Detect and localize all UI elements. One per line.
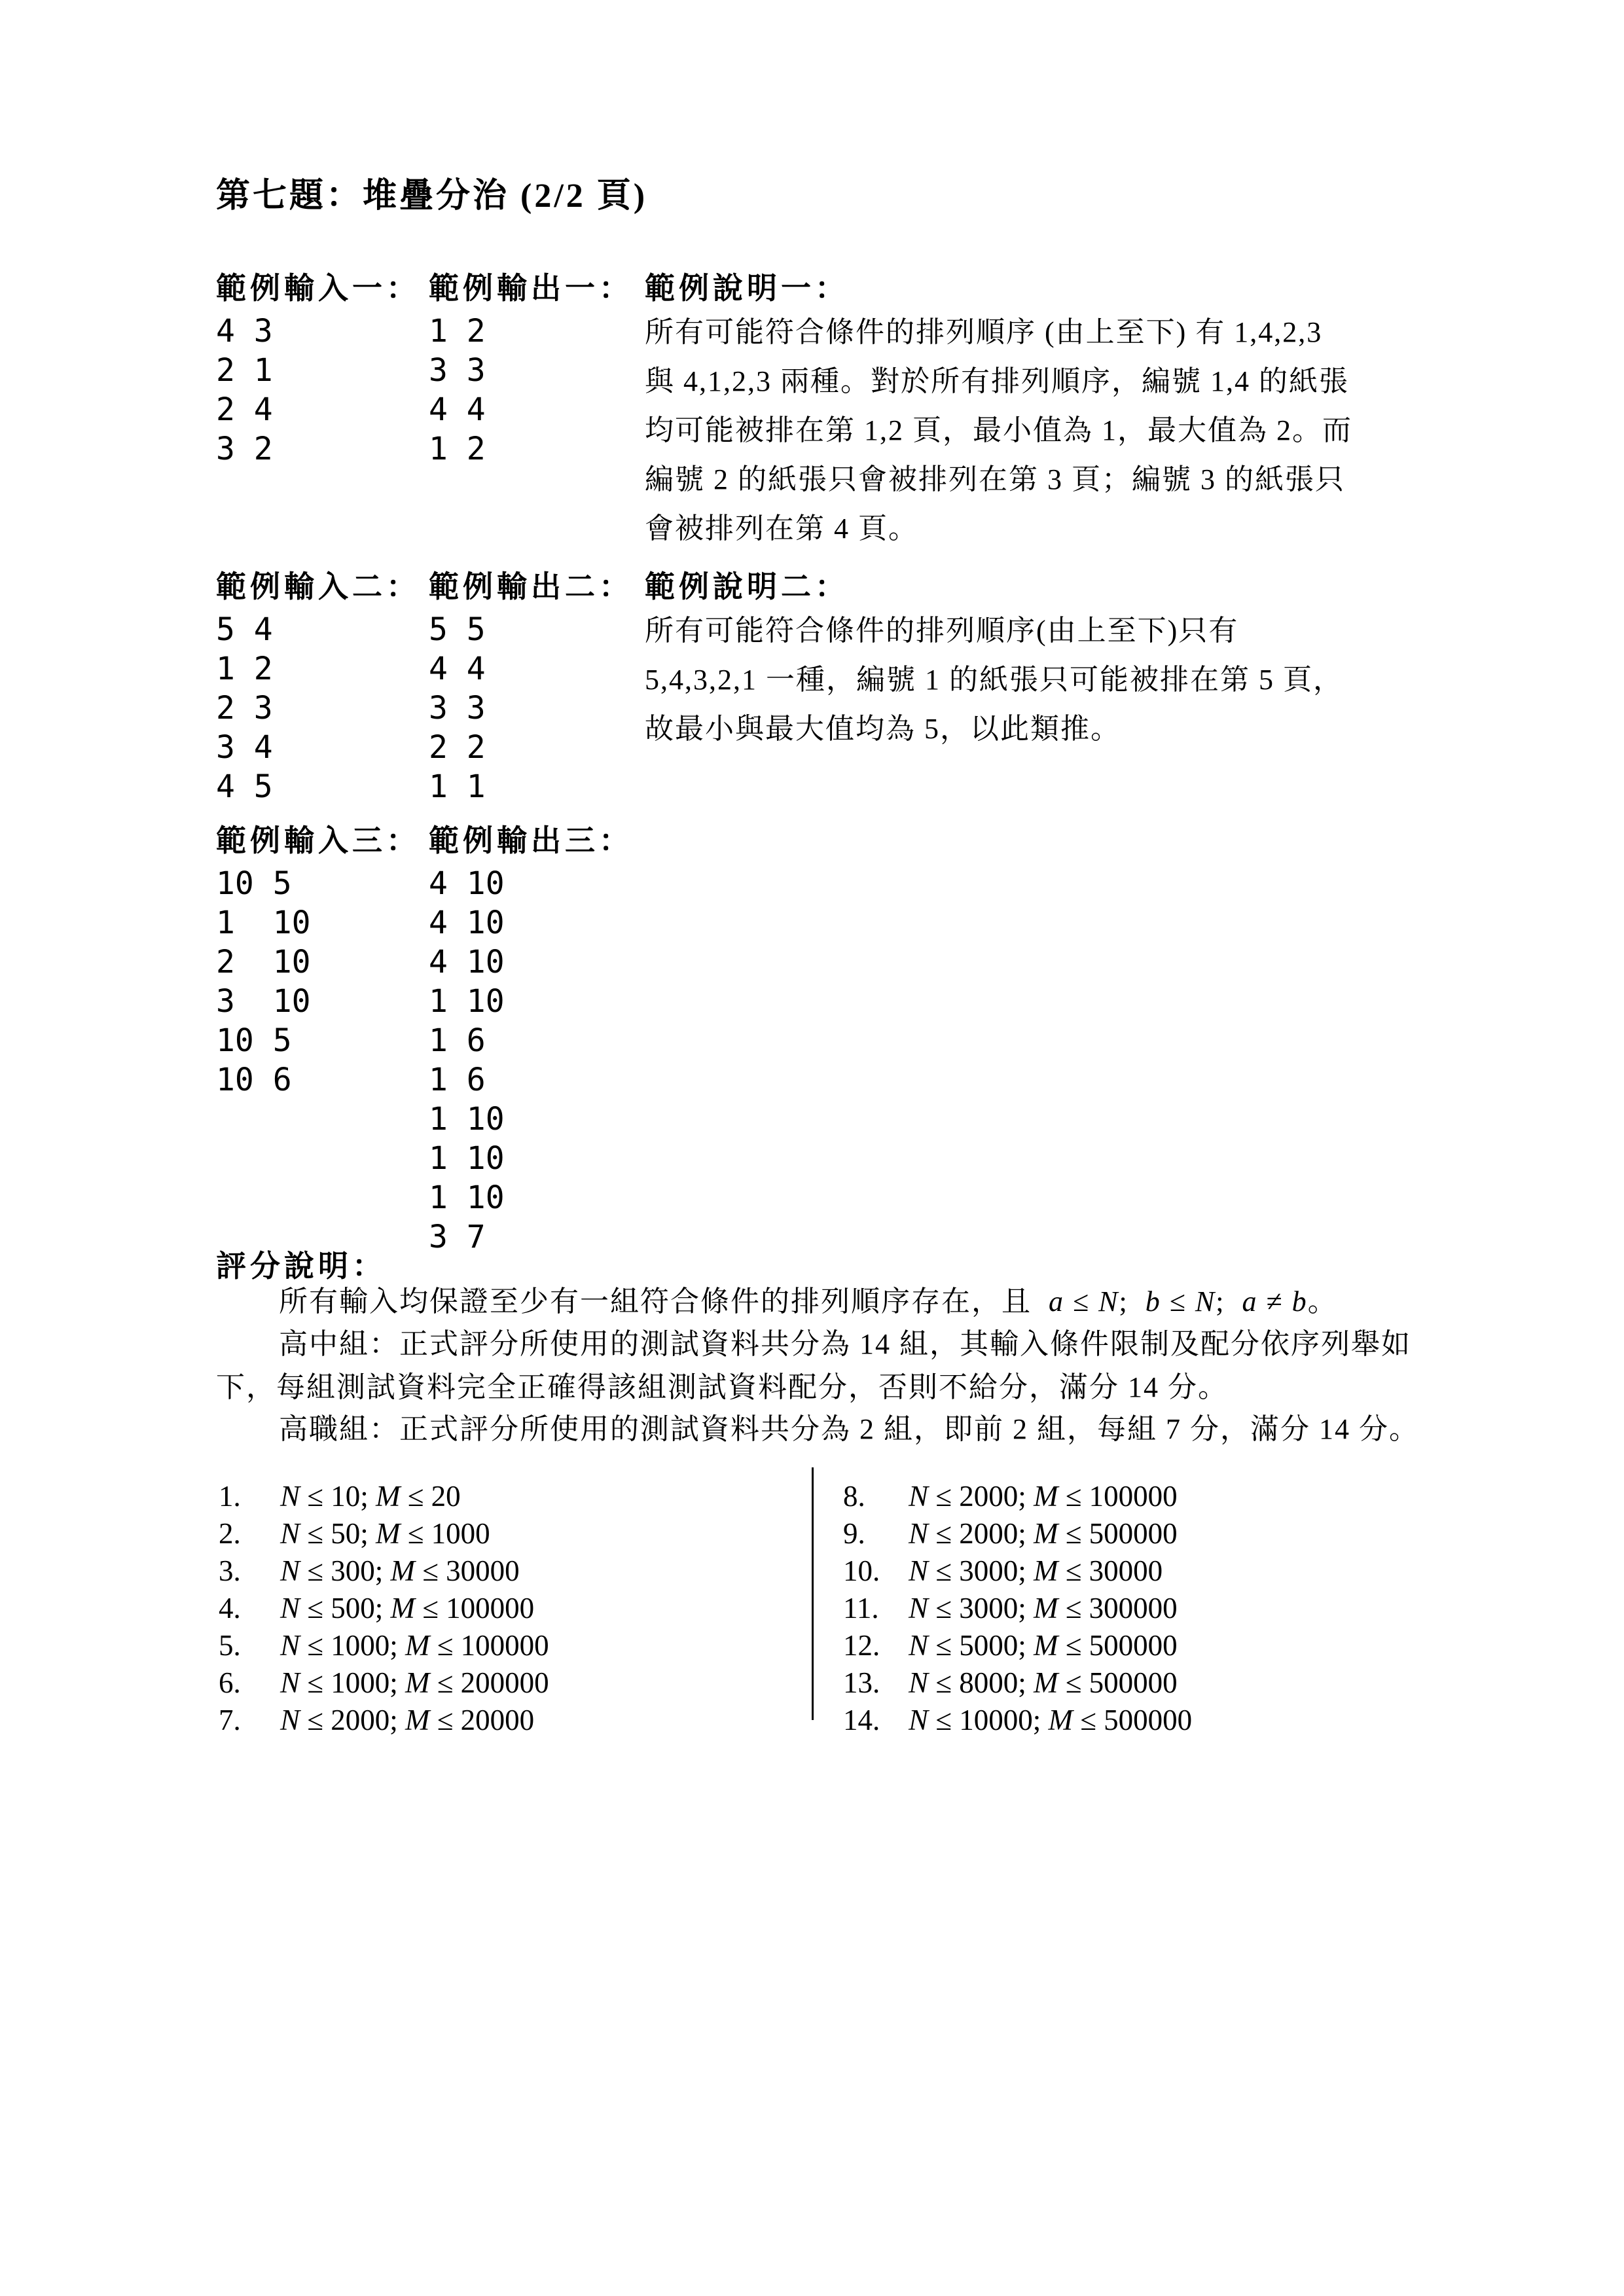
sample2-input-label: 範例輸入二： (216, 568, 420, 606)
scoring-note-text: 所有輸入均保證至少有一組符合條件的排列順序存在，且 (279, 1285, 1049, 1318)
constraint-text: N ≤ 1000; M ≤ 100000 (280, 1627, 549, 1664)
constraint-text: N ≤ 2000; M ≤ 20000 (280, 1702, 534, 1739)
constraint-item: 5. N ≤ 1000; M ≤ 100000 (219, 1627, 549, 1664)
constraint-number: 7. (219, 1702, 280, 1739)
constraint-number: 14. (843, 1702, 909, 1739)
column-divider-line (812, 1467, 814, 1720)
scoring-vocational-paragraph: 高職組：正式評分所使用的測試資料共分為 2 組，即前 2 組，每組 7 分，滿分… (216, 1408, 1419, 1451)
constraint-item: 7. N ≤ 2000; M ≤ 20000 (219, 1702, 549, 1739)
constraint-number: 11. (843, 1590, 909, 1627)
sample1-explanation-column: 範例說明一： 所有可能符合條件的排列順序 (由上至下) 有 1,4,2,3 與 … (645, 270, 1437, 553)
constraint-item: 11. N ≤ 3000; M ≤ 300000 (843, 1590, 1192, 1627)
constraint-item: 9. N ≤ 2000; M ≤ 500000 (843, 1515, 1192, 1552)
sample3-input-label: 範例輸入三： (216, 822, 420, 860)
constraint-text: N ≤ 8000; M ≤ 500000 (909, 1664, 1178, 1702)
constraint-text: N ≤ 2000; M ≤ 500000 (909, 1515, 1178, 1552)
sample2-explanation-text: 所有可能符合條件的排列順序(由上至下)只有 5,4,3,2,1 一種，編號 1 … (645, 606, 1437, 753)
sample1-explanation-label: 範例說明一： (645, 270, 1437, 308)
page-title: 第七題：堆疊分治 (2/2 頁) (216, 168, 647, 217)
constraint-number: 3. (219, 1552, 280, 1590)
constraint-text: N ≤ 500; M ≤ 100000 (280, 1590, 534, 1627)
sample2-input-data: 5 4 1 2 2 3 3 4 4 5 (216, 610, 420, 806)
constraints-list-left: 1. N ≤ 10; M ≤ 20 2. N ≤ 50; M ≤ 1000 3.… (219, 1478, 549, 1739)
constraint-item: 3. N ≤ 300; M ≤ 30000 (219, 1552, 549, 1590)
constraint-number: 6. (219, 1664, 280, 1702)
constraint-text: N ≤ 2000; M ≤ 100000 (909, 1478, 1178, 1515)
sample3-input-data: 10 5 1 10 2 10 3 10 10 5 10 6 (216, 864, 420, 1100)
sample1-output-label: 範例輸出一： (429, 270, 633, 308)
constraint-text: N ≤ 1000; M ≤ 200000 (280, 1664, 549, 1702)
constraint-number: 13. (843, 1664, 909, 1702)
constraint-item: 14. N ≤ 10000; M ≤ 500000 (843, 1702, 1192, 1739)
sample1-input-column: 範例輸入一： 4 3 2 1 2 4 3 2 (216, 270, 420, 469)
sample3-input-column: 範例輸入三： 10 5 1 10 2 10 3 10 10 5 10 6 (216, 822, 420, 1100)
sample3-output-label: 範例輸出三： (429, 822, 633, 860)
constraints-list-right: 8. N ≤ 2000; M ≤ 100000 9. N ≤ 2000; M ≤… (843, 1478, 1192, 1739)
constraint-number: 8. (843, 1478, 909, 1515)
constraint-number: 4. (219, 1590, 280, 1627)
constraint-text: N ≤ 50; M ≤ 1000 (280, 1515, 490, 1552)
constraint-item: 13. N ≤ 8000; M ≤ 500000 (843, 1664, 1192, 1702)
constraint-item: 4. N ≤ 500; M ≤ 100000 (219, 1590, 549, 1627)
constraint-number: 1. (219, 1478, 280, 1515)
constraint-text: N ≤ 3000; M ≤ 30000 (909, 1552, 1163, 1590)
sample1-output-column: 範例輸出一： 1 2 3 3 4 4 1 2 (429, 270, 633, 469)
constraint-number: 2. (219, 1515, 280, 1552)
constraint-text: N ≤ 3000; M ≤ 300000 (909, 1590, 1178, 1627)
sample2-output-column: 範例輸出二： 5 5 4 4 3 3 2 2 1 1 (429, 568, 633, 806)
sample3-output-data: 4 10 4 10 4 10 1 10 1 6 1 6 1 10 1 10 1 … (429, 864, 633, 1257)
sample1-explanation-text: 所有可能符合條件的排列順序 (由上至下) 有 1,4,2,3 與 4,1,2,3… (645, 308, 1437, 553)
constraint-text: N ≤ 10000; M ≤ 500000 (909, 1702, 1192, 1739)
scoring-note-math: a ≤ N; b ≤ N; a ≠ b (1049, 1285, 1308, 1318)
constraint-number: 9. (843, 1515, 909, 1552)
scoring-heading: 評分說明： (216, 1242, 386, 1285)
constraint-item: 10. N ≤ 3000; M ≤ 30000 (843, 1552, 1192, 1590)
sample3-output-column: 範例輸出三： 4 10 4 10 4 10 1 10 1 6 1 6 1 10 … (429, 822, 633, 1257)
document-page: 第七題：堆疊分治 (2/2 頁) 範例輸入一： 4 3 2 1 2 4 3 2 … (0, 0, 1624, 2296)
constraint-text: N ≤ 10; M ≤ 20 (280, 1478, 461, 1515)
scoring-note-end: 。 (1308, 1285, 1338, 1318)
constraint-text: N ≤ 5000; M ≤ 500000 (909, 1627, 1178, 1664)
sample2-explanation-label: 範例說明二： (645, 568, 1437, 606)
constraint-item: 6. N ≤ 1000; M ≤ 200000 (219, 1664, 549, 1702)
scoring-note: 所有輸入均保證至少有一組符合條件的排列順序存在，且 a ≤ N; b ≤ N; … (216, 1280, 1338, 1323)
constraint-item: 12. N ≤ 5000; M ≤ 500000 (843, 1627, 1192, 1664)
sample2-output-label: 範例輸出二： (429, 568, 633, 606)
constraint-item: 8. N ≤ 2000; M ≤ 100000 (843, 1478, 1192, 1515)
constraint-item: 1. N ≤ 10; M ≤ 20 (219, 1478, 549, 1515)
constraint-text: N ≤ 300; M ≤ 30000 (280, 1552, 520, 1590)
sample1-input-label: 範例輸入一： (216, 270, 420, 308)
sample1-input-data: 4 3 2 1 2 4 3 2 (216, 312, 420, 469)
sample2-explanation-column: 範例說明二： 所有可能符合條件的排列順序(由上至下)只有 5,4,3,2,1 一… (645, 568, 1437, 753)
constraint-number: 10. (843, 1552, 909, 1590)
sample2-input-column: 範例輸入二： 5 4 1 2 2 3 3 4 4 5 (216, 568, 420, 806)
scoring-senior-high-paragraph: 高中組：正式評分所使用的測試資料共分為 14 組，其輸入條件限制及配分依序列舉如… (216, 1323, 1411, 1409)
sample1-output-data: 1 2 3 3 4 4 1 2 (429, 312, 633, 469)
constraint-number: 5. (219, 1627, 280, 1664)
sample2-output-data: 5 5 4 4 3 3 2 2 1 1 (429, 610, 633, 806)
constraint-item: 2. N ≤ 50; M ≤ 1000 (219, 1515, 549, 1552)
constraint-number: 12. (843, 1627, 909, 1664)
